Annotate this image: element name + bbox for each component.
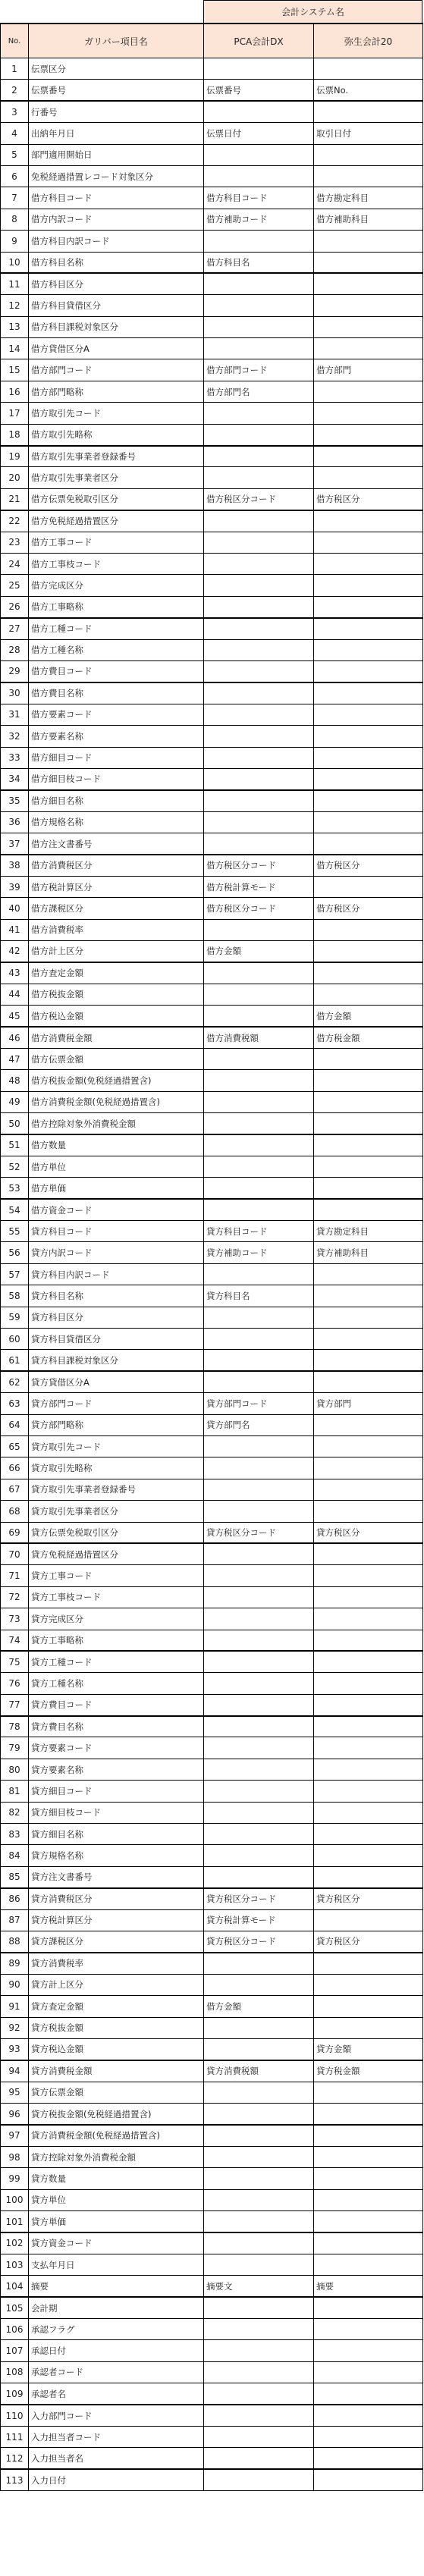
table-row: 28借方工種名称: [1, 639, 423, 660]
pca-field-name-cell: [204, 1048, 314, 1069]
table-row: 68貸方取引先事業者区分: [1, 1501, 423, 1522]
gulliver-field-name-cell: 貸方科目コード: [29, 1221, 204, 1242]
pca-field-name-cell: 借方金額: [204, 1996, 314, 2017]
row-number-cell: 10: [1, 252, 29, 273]
gulliver-field-name-cell: 貸方工種コード: [29, 1651, 204, 1672]
gulliver-field-name-cell: 借方単位: [29, 1156, 204, 1177]
table-row: 67貸方取引先事業者登録番号: [1, 1479, 423, 1500]
gulliver-field-name-cell: 貸方取引先事業者区分: [29, 1501, 204, 1522]
row-number-cell: 35: [1, 790, 29, 811]
gulliver-field-name-cell: 借方科目コード: [29, 187, 204, 209]
yayoi-field-name-cell: [314, 682, 423, 704]
row-number-cell: 110: [1, 2405, 29, 2426]
pca-field-name-cell: 借方税区分コード: [204, 855, 314, 876]
pca-field-name-cell: [204, 726, 314, 747]
row-number-cell: 60: [1, 1329, 29, 1350]
row-number-cell: 105: [1, 2297, 29, 2318]
yayoi-field-name-cell: [314, 1953, 423, 1974]
gulliver-field-name-cell: 貸方消費税区分: [29, 1888, 204, 1909]
row-number-cell: 53: [1, 1178, 29, 1199]
yayoi-field-name-cell: [314, 1716, 423, 1737]
pca-field-name-cell: [204, 962, 314, 984]
table-row: 40借方課税区分借方税区分コード借方税区分: [1, 898, 423, 919]
yayoi-field-name-cell: [314, 2319, 423, 2340]
yayoi-field-name-cell: [314, 660, 423, 682]
table-row: 108承認者コード: [1, 2361, 423, 2383]
row-number-cell: 48: [1, 1070, 29, 1091]
pca-field-name-cell: [204, 1070, 314, 1091]
table-row: 10借方科目名称借方科目名: [1, 252, 423, 273]
yayoi-field-name-cell: [314, 58, 423, 80]
table-row: 2伝票番号伝票番号伝票No.: [1, 80, 423, 101]
row-number-cell: 57: [1, 1263, 29, 1285]
table-row: 80貸方要素名称: [1, 1759, 423, 1780]
gulliver-field-name-cell: 貸方内訳コード: [29, 1242, 204, 1263]
pca-field-name-cell: 借方税区分コード: [204, 898, 314, 919]
table-row: 62貸方貸借区分A: [1, 1371, 423, 1392]
gulliver-field-name-cell: 借方資金コード: [29, 1199, 204, 1220]
table-row: 49借方消費税金額(免税経過措置含): [1, 1091, 423, 1112]
pca-field-name-cell: [204, 1501, 314, 1522]
pca-field-name-cell: [204, 660, 314, 682]
table-row: 77貸方費目コード: [1, 1694, 423, 1715]
row-number-cell: 94: [1, 2060, 29, 2082]
gulliver-field-name-cell: 貸方資金コード: [29, 2232, 204, 2254]
gulliver-field-name-cell: 借方税込金額: [29, 1006, 204, 1027]
table-row: 94貸方消費税金額貸方消費税額貸方税金額: [1, 2060, 423, 2082]
column-header-row: No. ガリバー項目名 PCA会計DX 弥生会計20: [1, 24, 423, 58]
table-row: 99貸方数量: [1, 2168, 423, 2189]
gulliver-field-name-cell: 借方科目区分: [29, 273, 204, 294]
row-number-cell: 43: [1, 962, 29, 984]
gulliver-field-name-cell: 貸方要素名称: [29, 1759, 204, 1780]
yayoi-field-name-cell: 借方部門: [314, 359, 423, 381]
pca-field-name-cell: [204, 596, 314, 617]
table-row: 13借方科目課税対象区分: [1, 316, 423, 337]
yayoi-field-name-cell: [314, 1651, 423, 1672]
pca-field-name-cell: [204, 1845, 314, 1866]
table-row: 91貸方査定金額借方金額: [1, 1996, 423, 2017]
table-row: 5部門適用開始日: [1, 144, 423, 165]
gulliver-field-name-cell: 貸方細目コード: [29, 1781, 204, 1802]
gulliver-field-name-cell: 貸方細目名称: [29, 1824, 204, 1845]
pca-field-name-cell: 貸方科目コード: [204, 1221, 314, 1242]
pca-field-name-cell: [204, 575, 314, 596]
pca-field-name-cell: [204, 1371, 314, 1392]
pca-field-name-cell: [204, 2340, 314, 2361]
row-number-cell: 15: [1, 359, 29, 381]
row-number-cell: 95: [1, 2082, 29, 2103]
yayoi-field-name-cell: [314, 1586, 423, 1608]
yayoi-field-name-cell: [314, 1974, 423, 1995]
pca-field-name-cell: [204, 747, 314, 768]
table-row: 85貸方注文書番号: [1, 1866, 423, 1887]
gulliver-field-name-cell: 貸方伝票免税取引区分: [29, 1522, 204, 1543]
row-number-cell: 75: [1, 1651, 29, 1672]
yayoi-field-name-cell: [314, 1909, 423, 1931]
pca-field-name-cell: [204, 165, 314, 187]
yayoi-field-name-cell: [314, 575, 423, 596]
pca-field-name-cell: 貸方税区分コード: [204, 1888, 314, 1909]
pca-field-name-cell: [204, 1006, 314, 1027]
table-row: 98貸方控除対象外消費税金額: [1, 2146, 423, 2167]
gulliver-field-name-cell: 貸方工事略称: [29, 1630, 204, 1651]
row-number-cell: 39: [1, 876, 29, 897]
pca-field-name-cell: [204, 1759, 314, 1780]
row-number-cell: 52: [1, 1156, 29, 1177]
pca-field-name-cell: [204, 338, 314, 359]
table-row: 12借方科目貸借区分: [1, 295, 423, 316]
yayoi-field-name-cell: [314, 768, 423, 789]
yayoi-field-name-cell: [314, 252, 423, 273]
accounting-system-group-header: 会計システム名: [203, 0, 422, 23]
pca-field-name-cell: [204, 2168, 314, 2189]
table-row: 84貸方規格名称: [1, 1845, 423, 1866]
row-number-cell: 90: [1, 1974, 29, 1995]
row-number-cell: 61: [1, 1350, 29, 1371]
pca-field-name-cell: [204, 2319, 314, 2340]
pca-field-name-cell: [204, 2297, 314, 2318]
table-row: 107承認日付: [1, 2340, 423, 2361]
table-row: 70貸方免税経過措置区分: [1, 1543, 423, 1564]
table-row: 25借方完成区分: [1, 575, 423, 596]
pca-field-name-cell: [204, 467, 314, 488]
gulliver-field-name-cell: 借方工種コード: [29, 618, 204, 639]
row-number-cell: 18: [1, 424, 29, 445]
row-number-cell: 44: [1, 984, 29, 1005]
pca-field-name-cell: [204, 2448, 314, 2469]
table-row: 96貸方税抜金額(免税経過措置含): [1, 2104, 423, 2125]
gulliver-field-name-cell: 借方消費税金額(免税経過措置含): [29, 1091, 204, 1112]
row-number-cell: 112: [1, 2448, 29, 2469]
row-number-cell: 4: [1, 123, 29, 144]
yayoi-field-name-cell: 借方税区分: [314, 898, 423, 919]
pca-field-name-cell: 摘要文: [204, 2276, 314, 2297]
yayoi-field-name-cell: 取引日付: [314, 123, 423, 144]
table-row: 74貸方工事略称: [1, 1630, 423, 1651]
gulliver-field-name-cell: 貸方単位: [29, 2189, 204, 2210]
pca-field-name-cell: [204, 1263, 314, 1285]
gulliver-field-name-cell: 貸方科目課税対象区分: [29, 1350, 204, 1371]
yayoi-field-name-cell: [314, 1479, 423, 1500]
gulliver-field-name-cell: 貸方完成区分: [29, 1608, 204, 1630]
pca-field-name-cell: 貸方税計算モード: [204, 1909, 314, 1931]
pca-field-name-cell: [204, 2383, 314, 2405]
yayoi-field-name-cell: [314, 1866, 423, 1887]
table-row: 9借方科目内訳コード: [1, 231, 423, 252]
gulliver-field-name-cell: 入力担当者名: [29, 2448, 204, 2469]
yayoi-field-name-cell: [314, 403, 423, 424]
yayoi-field-name-cell: [314, 295, 423, 316]
pca-field-name-cell: [204, 1651, 314, 1672]
pca-field-name-cell: 貸方部門名: [204, 1414, 314, 1435]
row-number-cell: 50: [1, 1113, 29, 1134]
table-row: 100貸方単位: [1, 2189, 423, 2210]
pca-field-name-cell: [204, 1479, 314, 1500]
row-number-cell: 80: [1, 1759, 29, 1780]
pca-field-name-cell: [204, 1307, 314, 1328]
yayoi-field-name-cell: [314, 1113, 423, 1134]
yayoi-field-name-cell: [314, 165, 423, 187]
yayoi-field-name-cell: [314, 596, 423, 617]
column-header-pca: PCA会計DX: [204, 24, 314, 58]
table-row: 76貸方工種名称: [1, 1673, 423, 1694]
row-number-cell: 93: [1, 2038, 29, 2060]
gulliver-field-name-cell: 借方細目名称: [29, 790, 204, 811]
gulliver-field-name-cell: 行番号: [29, 101, 204, 122]
yayoi-field-name-cell: 貸方部門: [314, 1393, 423, 1414]
table-row: 32借方要素名称: [1, 726, 423, 747]
row-number-cell: 106: [1, 2319, 29, 2340]
row-number-cell: 2: [1, 80, 29, 101]
table-row: 61貸方科目課税対象区分: [1, 1350, 423, 1371]
pca-field-name-cell: 借方科目コード: [204, 187, 314, 209]
gulliver-field-name-cell: 借方細目枝コード: [29, 768, 204, 789]
row-number-cell: 59: [1, 1307, 29, 1328]
yayoi-field-name-cell: [314, 1350, 423, 1371]
table-row: 89貸方消費税率: [1, 1953, 423, 1974]
yayoi-field-name-cell: [314, 2405, 423, 2426]
yayoi-field-name-cell: 貸方補助科目: [314, 1242, 423, 1263]
pca-field-name-cell: [204, 273, 314, 294]
row-number-cell: 107: [1, 2340, 29, 2361]
row-number-cell: 83: [1, 1824, 29, 1845]
row-number-cell: 91: [1, 1996, 29, 2017]
gulliver-field-name-cell: 出納年月日: [29, 123, 204, 144]
gulliver-field-name-cell: 借方免税経過措置区分: [29, 510, 204, 532]
row-number-cell: 88: [1, 1931, 29, 1952]
gulliver-field-name-cell: 承認日付: [29, 2340, 204, 2361]
gulliver-field-name-cell: 貸方単価: [29, 2211, 204, 2232]
row-number-cell: 108: [1, 2361, 29, 2383]
pca-field-name-cell: [204, 1974, 314, 1995]
gulliver-field-name-cell: 借方貸借区分A: [29, 338, 204, 359]
pca-field-name-cell: [204, 1350, 314, 1371]
table-row: 113入力日付: [1, 2469, 423, 2490]
yayoi-field-name-cell: [314, 876, 423, 897]
gulliver-field-name-cell: 貸方科目貸借区分: [29, 1329, 204, 1350]
row-number-cell: 65: [1, 1436, 29, 1457]
pca-field-name-cell: 借方税計算モード: [204, 876, 314, 897]
gulliver-field-name-cell: 部門適用開始日: [29, 144, 204, 165]
yayoi-field-name-cell: 摘要: [314, 2276, 423, 2297]
row-number-cell: 74: [1, 1630, 29, 1651]
yayoi-field-name-cell: [314, 424, 423, 445]
table-row: 52借方単位: [1, 1156, 423, 1177]
gulliver-field-name-cell: 借方税抜金額(免税経過措置含): [29, 1070, 204, 1091]
row-number-cell: 30: [1, 682, 29, 704]
yayoi-field-name-cell: [314, 1199, 423, 1220]
row-number-cell: 38: [1, 855, 29, 876]
pca-field-name-cell: [204, 2082, 314, 2103]
pca-field-name-cell: [204, 2426, 314, 2447]
yayoi-field-name-cell: [314, 144, 423, 165]
table-row: 42借方計上区分借方金額: [1, 941, 423, 962]
row-number-cell: 16: [1, 381, 29, 402]
row-number-cell: 40: [1, 898, 29, 919]
gulliver-field-name-cell: 支払年月日: [29, 2254, 204, 2275]
table-row: 8借方内訳コード借方補助コード借方補助科目: [1, 209, 423, 230]
yayoi-field-name-cell: [314, 2383, 423, 2405]
pca-field-name-cell: [204, 1091, 314, 1112]
gulliver-field-name-cell: 借方費目コード: [29, 660, 204, 682]
row-number-cell: 28: [1, 639, 29, 660]
yayoi-field-name-cell: 貸方税区分: [314, 1931, 423, 1952]
row-number-cell: 47: [1, 1048, 29, 1069]
table-row: 101貸方単価: [1, 2211, 423, 2232]
yayoi-field-name-cell: [314, 2211, 423, 2232]
row-number-cell: 31: [1, 704, 29, 725]
pca-field-name-cell: [204, 403, 314, 424]
row-number-cell: 36: [1, 811, 29, 833]
table-row: 33借方細目コード: [1, 747, 423, 768]
yayoi-field-name-cell: [314, 639, 423, 660]
gulliver-field-name-cell: 借方部門略称: [29, 381, 204, 402]
gulliver-field-name-cell: 貸方消費税金額(免税経過措置含): [29, 2125, 204, 2146]
table-row: 92貸方税抜金額: [1, 2017, 423, 2038]
pca-field-name-cell: [204, 58, 314, 80]
gulliver-field-name-cell: 貸方免税経過措置区分: [29, 1543, 204, 1564]
gulliver-field-name-cell: 貸方数量: [29, 2168, 204, 2189]
yayoi-field-name-cell: [314, 1802, 423, 1823]
table-row: 51借方数量: [1, 1134, 423, 1156]
pca-field-name-cell: [204, 639, 314, 660]
row-number-cell: 25: [1, 575, 29, 596]
yayoi-field-name-cell: 借方税金額: [314, 1027, 423, 1048]
yayoi-field-name-cell: [314, 101, 423, 122]
table-row: 20借方取引先事業者区分: [1, 467, 423, 488]
table-row: 45借方税込金額借方金額: [1, 1006, 423, 1027]
table-row: 104摘要摘要文摘要: [1, 2276, 423, 2297]
yayoi-field-name-cell: 貸方勘定科目: [314, 1221, 423, 1242]
table-row: 23借方工事コード: [1, 532, 423, 553]
table-row: 4出納年月日伝票日付取引日付: [1, 123, 423, 144]
table-row: 16借方部門略称借方部門名: [1, 381, 423, 402]
row-number-cell: 27: [1, 618, 29, 639]
pca-field-name-cell: [204, 295, 314, 316]
row-number-cell: 99: [1, 2168, 29, 2189]
yayoi-field-name-cell: [314, 1285, 423, 1307]
gulliver-field-name-cell: 借方査定金額: [29, 962, 204, 984]
yayoi-field-name-cell: [314, 747, 423, 768]
pca-field-name-cell: [204, 446, 314, 467]
gulliver-field-name-cell: 貸方税抜金額(免税経過措置含): [29, 2104, 204, 2125]
yayoi-field-name-cell: [314, 2340, 423, 2361]
row-number-cell: 84: [1, 1845, 29, 1866]
gulliver-field-name-cell: 貸方注文書番号: [29, 1866, 204, 1887]
row-number-cell: 62: [1, 1371, 29, 1392]
table-row: 93貸方税込金額貸方金額: [1, 2038, 423, 2060]
yayoi-field-name-cell: [314, 704, 423, 725]
row-number-cell: 29: [1, 660, 29, 682]
gulliver-field-name-cell: 貸方工事コード: [29, 1565, 204, 1586]
gulliver-field-name-cell: 貸方控除対象外消費税金額: [29, 2146, 204, 2167]
gulliver-field-name-cell: 貸方取引先略称: [29, 1457, 204, 1479]
pca-field-name-cell: [204, 2469, 314, 2490]
yayoi-field-name-cell: [314, 467, 423, 488]
pca-field-name-cell: [204, 1457, 314, 1479]
gulliver-field-name-cell: 貸方細目枝コード: [29, 1802, 204, 1823]
yayoi-field-name-cell: [314, 2426, 423, 2447]
yayoi-field-name-cell: [314, 2448, 423, 2469]
table-row: 88貸方課税区分貸方税区分コード貸方税区分: [1, 1931, 423, 1952]
gulliver-field-name-cell: 貸方工種名称: [29, 1673, 204, 1694]
gulliver-field-name-cell: 借方単価: [29, 1178, 204, 1199]
row-number-cell: 68: [1, 1501, 29, 1522]
gulliver-field-name-cell: 貸方費目コード: [29, 1694, 204, 1715]
row-number-cell: 78: [1, 1716, 29, 1737]
table-row: 57貸方科目内訳コード: [1, 1263, 423, 1285]
gulliver-field-name-cell: 貸方消費税率: [29, 1953, 204, 1974]
table-row: 81貸方細目コード: [1, 1781, 423, 1802]
pca-field-name-cell: [204, 2405, 314, 2426]
pca-field-name-cell: [204, 1716, 314, 1737]
pca-field-name-cell: [204, 2254, 314, 2275]
table-row: 103支払年月日: [1, 2254, 423, 2275]
pca-field-name-cell: [204, 704, 314, 725]
yayoi-field-name-cell: [314, 2104, 423, 2125]
yayoi-field-name-cell: [314, 381, 423, 402]
pca-field-name-cell: [204, 2017, 314, 2038]
table-row: 90貸方計上区分: [1, 1974, 423, 1995]
yayoi-field-name-cell: [314, 919, 423, 940]
row-number-cell: 71: [1, 1565, 29, 1586]
yayoi-field-name-cell: [314, 1436, 423, 1457]
row-number-cell: 42: [1, 941, 29, 962]
gulliver-field-name-cell: 借方控除対象外消費税金額: [29, 1113, 204, 1134]
yayoi-field-name-cell: [314, 962, 423, 984]
table-row: 3行番号: [1, 101, 423, 122]
yayoi-field-name-cell: [314, 1543, 423, 1564]
row-number-cell: 34: [1, 768, 29, 789]
gulliver-field-name-cell: 借方内訳コード: [29, 209, 204, 230]
gulliver-field-name-cell: 借方取引先事業者登録番号: [29, 446, 204, 467]
yayoi-field-name-cell: [314, 2168, 423, 2189]
table-row: 36借方規格名称: [1, 811, 423, 833]
table-row: 97貸方消費税金額(免税経過措置含): [1, 2125, 423, 2146]
yayoi-field-name-cell: [314, 316, 423, 337]
gulliver-field-name-cell: 借方規格名称: [29, 811, 204, 833]
yayoi-field-name-cell: [314, 553, 423, 574]
table-row: 75貸方工種コード: [1, 1651, 423, 1672]
pca-field-name-cell: [204, 2232, 314, 2254]
table-row: 109承認者名: [1, 2383, 423, 2405]
table-row: 111入力担当者コード: [1, 2426, 423, 2447]
gulliver-field-name-cell: 借方数量: [29, 1134, 204, 1156]
yayoi-field-name-cell: [314, 1501, 423, 1522]
table-row: 47借方伝票金額: [1, 1048, 423, 1069]
table-row: 18借方取引先略称: [1, 424, 423, 445]
gulliver-field-name-cell: 貸方計上区分: [29, 1974, 204, 1995]
pca-field-name-cell: [204, 510, 314, 532]
yayoi-field-name-cell: 貸方税区分: [314, 1522, 423, 1543]
row-number-cell: 111: [1, 2426, 29, 2447]
row-number-cell: 77: [1, 1694, 29, 1715]
table-row: 95貸方伝票金額: [1, 2082, 423, 2103]
gulliver-field-name-cell: 借方伝票金額: [29, 1048, 204, 1069]
row-number-cell: 5: [1, 144, 29, 165]
table-row: 50借方控除対象外消費税金額: [1, 1113, 423, 1134]
yayoi-field-name-cell: [314, 2297, 423, 2318]
table-row: 39借方税計算区分借方税計算モード: [1, 876, 423, 897]
yayoi-field-name-cell: [314, 1263, 423, 1285]
row-number-cell: 32: [1, 726, 29, 747]
gulliver-field-name-cell: 入力日付: [29, 2469, 204, 2490]
gulliver-field-name-cell: 貸方伝票金額: [29, 2082, 204, 2103]
row-number-cell: 54: [1, 1199, 29, 1220]
row-number-cell: 45: [1, 1006, 29, 1027]
pca-field-name-cell: 借方金額: [204, 941, 314, 962]
